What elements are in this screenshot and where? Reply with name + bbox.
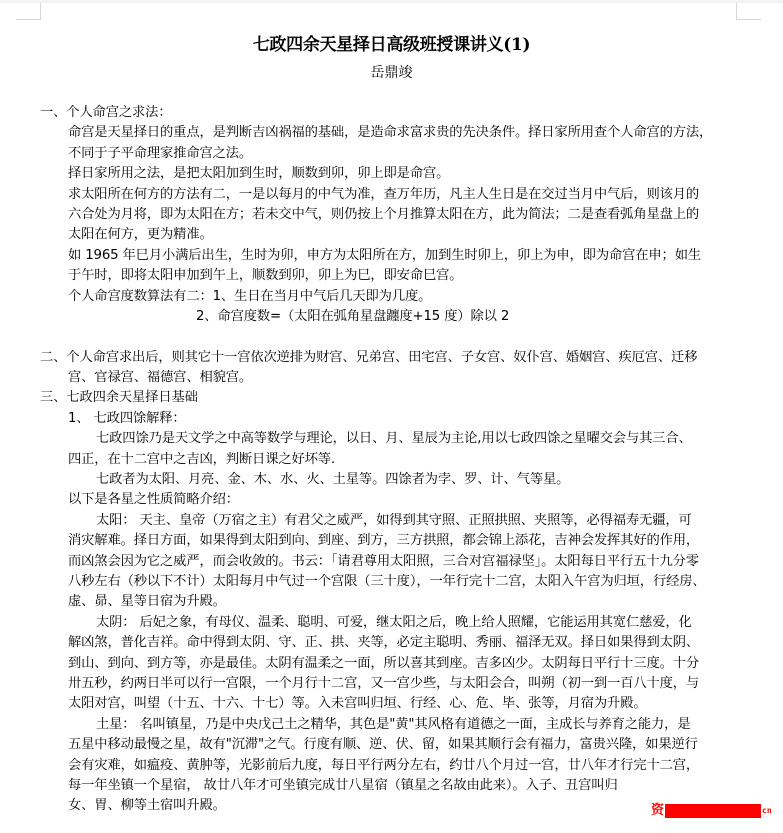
watermark-redacted-bar — [665, 804, 761, 818]
paragraph-line: 四正，在十二宫中之吉凶，判断日课之好坏等. — [40, 450, 740, 470]
paragraph-line: 太阳对宫，叫望（十五、十六、十七）等。入未宫叫归垣、行经、心、危、毕、张等，月宿… — [40, 694, 740, 714]
paragraph-line-saturn: 土星： 名叫镇星，乃是中央戊己土之精华，其色是"黄"其风格有道德之一面，主成长与… — [40, 715, 740, 735]
paragraph-line-moon: 太阴： 后妃之象，有母仪、温柔、聪明、可爱，继太阳之后，晚上给人照耀，它能运用其… — [40, 613, 740, 633]
paragraph-line: 会有灾难，如瘟疫、黄肿等，光影前后九度，每日平行两分左右，约廿八个月过一宫，廿八… — [40, 756, 740, 776]
document-body: 一、个人命宫之求法： 命宫是天星择日的重点，是判断吉凶祸福的基础，是造命求富求贵… — [40, 103, 740, 817]
section-heading-2: 二、个人命宫求出后，则其它十一宫依次逆排为财宫、兄弟宫、田宅宫、子女宫、奴仆宫、… — [40, 348, 740, 368]
paragraph-line: 消灾解难。择日方面，如果得到太阳到向、到座、到方，三方拱照，都会锦上添花，吉神会… — [40, 531, 740, 551]
paragraph-line: 不同于子平命理家推命宫之法。 — [40, 144, 740, 164]
paragraph-line: 太阳在何方，更为精准。 — [40, 225, 740, 245]
paragraph-line: 女、胃、柳等土宿叫升殿。 — [40, 796, 740, 816]
margin-corner-mark-left — [16, 3, 41, 20]
paragraph-line: 于午时，即将太阳申加到午上，顺数到卯，卯上为巳，即安命巳宫。 — [40, 266, 740, 286]
watermark-leading-char: 资 — [651, 803, 664, 818]
section-heading-3: 三、七政四余天星择日基础 — [40, 388, 740, 408]
paragraph-line: 七政者为太阳、月亮、金、木、水、火、土星等。四馀者为孛、罗、计、气等星。 — [40, 470, 740, 490]
paragraph-line: 命宫是天星择日的重点，是判断吉凶祸福的基础，是造命求富求贵的先决条件。择日家所用… — [40, 123, 740, 143]
paragraph-line: 个人命宫度数算法有二：1、生日在当月中气后几天即为几度。 — [40, 287, 740, 307]
paragraph-line: 如 1965 年巳月小满后出生，生时为卯，申方为太阳所在方，加到生时卯上，卯上为… — [40, 246, 740, 266]
paragraph-line: 解凶煞，普化吉祥。命中得到太阴、守、正、拱、夹等，必定主聪明、秀丽、福泽无双。择… — [40, 633, 740, 653]
document-author: 岳鼎竣 — [0, 62, 783, 82]
paragraph-line: 而凶煞会因为它之威严，而会收敛的。书云：「请君尊用太阳照，三合对宫福禄坚」。太阳… — [40, 552, 740, 572]
paragraph-line: 虚、昴、星等日宿为升殿。 — [40, 592, 740, 612]
blank-line — [40, 327, 740, 347]
paragraph-line: 到山、到向、到方等，亦是最佳。太阴有温柔之一面，所以喜其到座。吉多凶少。太阴每日… — [40, 654, 740, 674]
paragraph-line: 五星中移动最慢之星，故有"沉滞"之气。行度有顺、逆、伏、留，如果其顺行会有福力，… — [40, 735, 740, 755]
watermark-banner: 资 cn — [651, 803, 768, 818]
paragraph-line: 六合处为月将，即为太阳在方；若未交中气，则仍按上个月推算太阳在方，此为简法；二是… — [40, 205, 740, 225]
subsection-heading: 1、 七政四馀解释： — [40, 409, 740, 429]
paragraph-line: 择日家所用之法，是把太阳加到生时，顺数到卯，卯上即是命宫。 — [40, 164, 740, 184]
paragraph-line: 八秒左右（秒以下不计）太阳每月中气过一个宫限（三十度），一年行完十二宫，太阳入午… — [40, 572, 740, 592]
paragraph-line: 卅五秒，约两日半可以行一宫限，一个月行十二宫，又一宫少些，与太阳会合，叫朔（初一… — [40, 674, 740, 694]
paragraph-line: 以下是各星之性质简略介绍： — [40, 490, 740, 510]
paragraph-line: 每一年坐镇一个星宿， 故廿八年才可坐镇完成廿八星宿（镇星之名故由此来）。入子、丑… — [40, 776, 740, 796]
paragraph-line: 宫、官禄宫、福德宫、相貌宫。 — [40, 368, 740, 388]
watermark-trailing-text: cn — [762, 805, 772, 817]
formula-line: 2、命宫度数=（太阳在弧角星盘躔度+15 度）除以 2 — [40, 307, 740, 327]
page-top-edge — [0, 0, 783, 3]
section-heading-1: 一、个人命宫之求法： — [40, 103, 740, 123]
margin-corner-mark-right — [736, 3, 761, 20]
paragraph-line-sun: 太阳： 天主、皇帝（万宿之主）有君父之威严，如得到其守照、正照拱照、夹照等，必得… — [40, 511, 740, 531]
paragraph-line: 求太阳所在何方的方法有二，一是以每月的中气为准，查万年历，凡主人生日是在交过当月… — [40, 185, 740, 205]
paragraph-line: 七政四馀乃是天文学之中高等数学与理论，以日、月、星辰为主论,用以七政四馀之星曜交… — [40, 429, 740, 449]
document-title: 七政四余天星择日高级班授课讲义(1) — [0, 30, 783, 55]
